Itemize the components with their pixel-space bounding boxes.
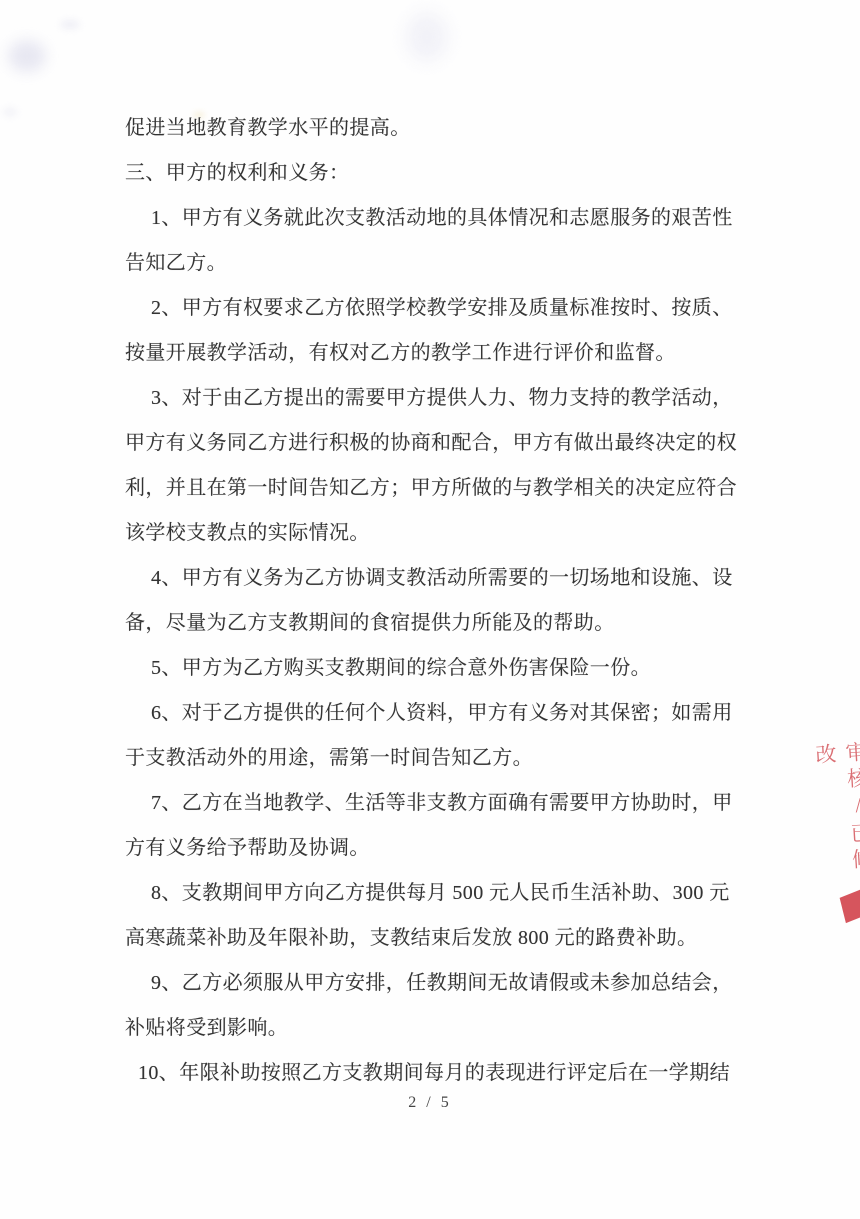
contract-text-body: 促进当地教育教学水平的提高。 三、甲方的权利和义务： 1、甲方有义务就此次支教活…: [125, 106, 743, 1096]
document-line: 甲方有义务同乙方进行积极的协商和配合，甲方有做出最终决定的权: [125, 421, 743, 466]
document-line: 10、年限补助按照乙方支教期间每月的表现进行评定后在一学期结: [125, 1051, 743, 1096]
document-line: 利，并且在第一时间告知乙方；甲方所做的与教学相关的决定应符合: [125, 466, 743, 511]
document-line: 方有义务给予帮助及协调。: [125, 826, 743, 871]
document-line: 按量开展教学活动，有权对乙方的教学工作进行评价和监督。: [125, 331, 743, 376]
document-line: 5、甲方为乙方购买支教期间的综合意外伤害保险一份。: [125, 646, 743, 691]
document-line: 促进当地教育教学水平的提高。: [125, 106, 743, 151]
document-line: 于支教活动外的用途，需第一时间告知乙方。: [125, 736, 743, 781]
document-line: 9、乙方必须服从甲方安排，任教期间无故请假或未参加总结会，: [125, 961, 743, 1006]
scan-smudge: [406, 12, 448, 62]
document-line: 三、甲方的权利和义务：: [125, 151, 743, 196]
document-line: 补贴将受到影响。: [125, 1006, 743, 1051]
document-line: 3、对于由乙方提出的需要甲方提供人力、物力支持的教学活动，: [125, 376, 743, 421]
scan-smudge: [3, 108, 17, 116]
document-line: 高寒蔬菜补助及年限补助，支教结束后发放 800 元的路费补助。: [125, 916, 743, 961]
document-line: 备，尽量为乙方支教期间的食宿提供力所能及的帮助。: [125, 601, 743, 646]
scan-smudge: [60, 20, 80, 29]
document-line: 8、支教期间甲方向乙方提供每月 500 元人民币生活补助、300 元: [125, 871, 743, 916]
document-line: 该学校支教点的实际情况。: [125, 511, 743, 556]
document-line: 6、对于乙方提供的任何个人资料，甲方有义务对其保密；如需用: [125, 691, 743, 736]
document-line: 2、甲方有权要求乙方依照学校教学安排及质量标准按时、按质、: [125, 286, 743, 331]
document-page: 促进当地教育教学水平的提高。 三、甲方的权利和义务： 1、甲方有义务就此次支教活…: [0, 0, 860, 1219]
document-line: 告知乙方。: [125, 241, 743, 286]
scan-smudge: [8, 40, 46, 72]
document-line: 4、甲方有义务为乙方协调支教活动所需要的一切场地和设施、设: [125, 556, 743, 601]
document-line: 1、甲方有义务就此次支教活动地的具体情况和志愿服务的艰苦性: [125, 196, 743, 241]
document-line: 7、乙方在当地教学、生活等非支教方面确有需要甲方协助时，甲: [125, 781, 743, 826]
red-side-watermark: 审核/已修改: [809, 740, 860, 895]
page-number: 2 / 5: [0, 1094, 860, 1112]
